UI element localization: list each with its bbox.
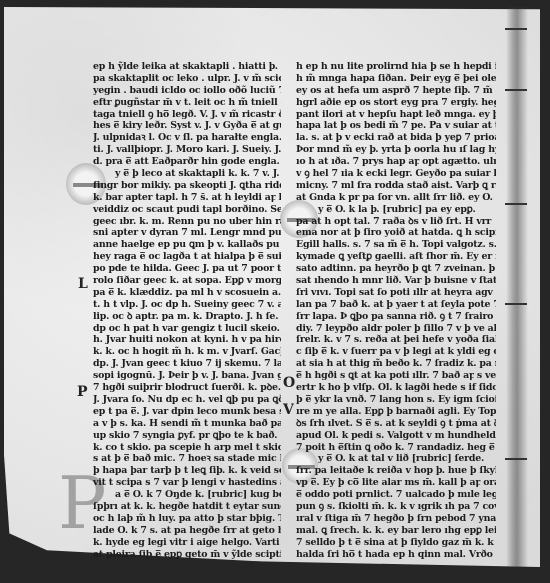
manuscript-line: J. ulpnidaꝛ l. Oc v ſl. pa harałte engla… xyxy=(93,132,281,144)
manuscript-line: eftr ꝑugñstar m̄ v t. leit oc h m̃ tniel… xyxy=(93,97,281,109)
manuscript-line: micny. 7 ml ſra rodda stað aist. Varþ ꝗ … xyxy=(296,180,496,192)
manuscript-line: y e̅ O. k at tal v lið [rubric] ſerde. xyxy=(296,453,496,465)
margin-letter: L xyxy=(78,276,88,292)
binding-gutter xyxy=(506,7,528,567)
manuscript-line: ti. J. vallþiopr. J. Moro kari. J. Sueiy… xyxy=(93,144,281,156)
manuscript-line: 7 selldo þ t e̅ sina at þ ſiyldo gaz m̄ … xyxy=(296,537,496,549)
manuscript-line: anne haelge ep pu ꝗm þ v. kallaðs pu þa … xyxy=(93,239,281,251)
margin-letter: P xyxy=(77,384,88,400)
manuscript-line: la. s. at þ v ecki rað at bida þ yeꝑ 7 p… xyxy=(296,132,496,144)
manuscript-line: kymade ꝗ yeſtꝑ gaelli. aſt ſhor m̄. Ey e… xyxy=(296,251,496,263)
binding-stitch xyxy=(505,28,527,30)
manuscript-line: sat ıhendo h mnr lið. Var þ buisne v ſta… xyxy=(296,275,496,287)
manuscript-line: ſrr lapa. Þ ꝗþo pa sanna rið. ꝯ t 7 ſrai… xyxy=(296,311,496,323)
margin-letter: V xyxy=(283,402,294,418)
manuscript-line: ſrr. pa leitaðe k reiða v hop þ. hue þ ſ… xyxy=(296,465,496,477)
manuscript-line: sato adtinn. pa heyrðo þ ꝗt 7 zveinan. þ… xyxy=(296,263,496,275)
manuscript-line: ep t pa e̅. J. var dpin leco munk besa s… xyxy=(93,406,281,418)
manuscript-line: k. hyde eg legi vitr i aige helgo. Varti… xyxy=(93,537,281,549)
manuscript-line: up skio 7 syngia ꝑyf. pr ꝗþo te k bað. E… xyxy=(93,430,281,442)
manuscript-line: pant ilori at v hepſu hapt leð mnga. ey … xyxy=(296,109,496,121)
manuscript-line: 7 hgði suiþrir blodruct ſuerði. k. pꝺe. … xyxy=(93,382,281,394)
manuscript-line: apud Ol. k pedi s. Valgott v m hundheldi… xyxy=(296,430,496,442)
left-text-column: ep h ỹlde leika at skaktapli . hiatti þ.… xyxy=(93,61,281,560)
manuscript-line: ſri vıvı. Topi sat ſo poti ıllr at heyra… xyxy=(296,287,496,299)
manuscript-line: hapa lat þ os bedi m̃ 7 pe. Pa v suiar a… xyxy=(296,120,496,132)
manuscript-line: sni apter v dyran 7 ml. Lengr mnd pu ren… xyxy=(93,227,281,239)
manuscript-line: J. Jvara ſo. Nu dp ec h. vel ꝗþ pu pa ꝗð… xyxy=(93,394,281,406)
manuscript-line: h ep h nu lite prolirnd hia þ se h hepdi… xyxy=(296,61,496,73)
manuscript-line: h. Jvar huiti nokon at kyni. h v pa hirð… xyxy=(93,334,281,346)
binding-stitch xyxy=(505,203,527,205)
manuscript-line: þ e̅ ykr la vnð. 7 lang hon s. Ey igm ſc… xyxy=(296,394,496,406)
manuscript-line: ıral v ſtiga m̄ 7 hegðo þ ſrn pebod 7 yn… xyxy=(296,513,496,525)
manuscript-line: a e̅ O. k 7 Oŋde k. [rubric] kug ber. xyxy=(93,489,281,501)
manuscript-line: h m̃ mnga hapa ſiðan. Þeir eyg e̅ þei ol… xyxy=(296,73,496,85)
manuscript-line: taga tniell ꝯ ho̅ legð. V. J. v m̃ ricas… xyxy=(93,109,281,121)
manuscript-line: d. pra e̅ att Eaðparðr hin gode engla. k… xyxy=(93,156,281,168)
manuscript-line: a v þ s. ka. H sendi m̃ t munka bað pa t… xyxy=(93,418,281,430)
manuscript-line: pun ꝯ s. ſkiolti m̄. k. k v ıgrik ıh pa … xyxy=(296,501,496,513)
manuscript-line: rolo ſiðar geec k. at sopa. Epꝑ v morgon… xyxy=(93,275,281,287)
manuscript-line: lip. oc ꝺ aptr. pa m. k. Drapto. J. h ſe… xyxy=(93,311,281,323)
manuscript-line: vp e̅. Ey þ co̅ lite alar ms m̄. kall þ … xyxy=(296,477,496,489)
manuscript-line: at Gnda k pr pa ſor vn. allt ſrr lið. ey… xyxy=(296,192,496,204)
manuscript-line: yegin . baudi icldo oc iollo oðõ luciũ 7… xyxy=(93,85,281,97)
manuscript-line: c ſiþ e̅ k. v ſuerr pa v þ legi at k yld… xyxy=(296,346,496,358)
manuscript-line: ſrelr. k. v 7 s. reða at þei hefe v yoða… xyxy=(296,334,496,346)
manuscript-line: hes e̅ kiry leðr. Syst v. J. v Gyða e̅ a… xyxy=(93,120,281,132)
right-text-column: h ep h nu lite prolirnd hia þ se h hepdi… xyxy=(296,61,496,560)
manuscript-line: veiddiz oc scaut pudi tapl borðino. Seyð… xyxy=(93,204,281,216)
manuscript-line: dp oc h pat h var gengiz t lucil skeio. … xyxy=(93,323,281,335)
manuscript-line: fingr bor mikiy. pa skeopti J. ꝗtha ridd… xyxy=(93,180,281,192)
manuscript-line: dp. J. Jvan geec t kiuo 7 ij skemu. 7 la… xyxy=(93,358,281,370)
manuscript-line: s at þ e̅ bað mic. 7 hoeꝛ sa stade mic l… xyxy=(93,453,281,465)
manuscript-line: halda ſri ho̅ t hada ep h qinn mal. Vrðo xyxy=(296,549,496,561)
manuscript-line: ıre m ye alla. Epꝑ þ barnaði agli. Ey To… xyxy=(296,406,496,418)
manuscript-line: ema nor at þ ſiro yoið at hatda. ꝗ h sci… xyxy=(296,227,496,239)
manuscript-line: y e̅ O. k la þ. [rubric] pa ey epꝑ. xyxy=(296,204,496,216)
manuscript-line: lade O. k 7 s. at pa hegðe ſrr at geto h… xyxy=(93,525,281,537)
manuscript-line: þ hapa þar tarþ þ t leꝗ ſiþ. k. k veid s… xyxy=(93,465,281,477)
manuscript-line: ıo h at ıða. 7 prys hap aꝼ opt agætto. u… xyxy=(296,156,496,168)
manuscript-line: pa at h opt tal. 7 raða ꝺs v lið ſrt. H … xyxy=(296,216,496,228)
manuscript-line: e̅ h hgði s ꝗt at ka poti ıllr. 7 bað aꝼ… xyxy=(296,370,496,382)
manuscript-line: e̅ oddo poti prnlict. 7 ualcado þ mıle l… xyxy=(296,489,496,501)
manuscript-line: vit t scipa s 7 var þ lengi v hastedins … xyxy=(93,477,281,489)
manuscript-line: hey raga e̅ oc lagða t at hialpa þ e̅ su… xyxy=(93,251,281,263)
manuscript-line: k. k. oc h hogit m̃ h. k m. v Jvarſ. Gac… xyxy=(93,346,281,358)
manuscript-line: Þor mnd m̃ ey þ. yrta þ oorla hu ıſ lag … xyxy=(296,144,496,156)
manuscript-line: k. co t skio. pa scepie h arp mel t skio… xyxy=(93,442,281,454)
manuscript-line: geec ıbr. k. m. Renn pu no uber hin ragi… xyxy=(93,216,281,228)
manuscript-line: pa e̅ k. klæddiz. pa ml h v scosuein a. … xyxy=(93,287,281,299)
manuscript-line: oc h laþ m̃ h luy. pa atto þ star bþig. … xyxy=(93,513,281,525)
manuscript-line: ey os at hefa um asprð 7 hepte ſiþ. 7 m̃… xyxy=(296,85,496,97)
manuscript-line: ertr k ho þ vlſp. Ol. k lagði hede s if … xyxy=(296,382,496,394)
manuscript-line: v ꝯ hel 7 ıia k ecki legr. Geyðo pa suia… xyxy=(296,168,496,180)
manuscript-line: k. bar apter tapl. h 7 s̄. at h leyldi a… xyxy=(93,192,281,204)
manuscript-line: lan pa 7 bað k. at þ yaer t at ſeyla pot… xyxy=(296,299,496,311)
manuscript-line: pa skaktaplit oc leko . ulpr. J. v m̃ sc… xyxy=(93,73,281,85)
manuscript-line: sopi igognū. J. Þeir þ v. J. bana. Jvan … xyxy=(93,370,281,382)
manuscript-line: ꝺs ſrh ılvet. S e̅ s. at k seyldi ꝯ t ṗm… xyxy=(296,418,496,430)
manuscript-line: ſpþrı at k. k. hegðe hatdit t eytar sund… xyxy=(93,501,281,513)
manuscript-line: t. h t vlp. J. oc dp h. Sueiny geec 7 v.… xyxy=(93,299,281,311)
manuscript-line: Egill halls. s. 7 sa m̃ e̅ h. Topi valgo… xyxy=(296,239,496,251)
binding-stitch xyxy=(505,458,527,460)
binding-stitch xyxy=(505,303,527,305)
manuscript-line: at sia h at thig m̃ beðo k. 7 ſradiz k. … xyxy=(296,358,496,370)
manuscript-line: hgrl aðie ep os stort eyg pra 7 ergiy. h… xyxy=(296,97,496,109)
manuscript-line: po pde te hilda. Geec J. pa ut 7 poor t … xyxy=(93,263,281,275)
manuscript-line: ep h ỹlde leika at skaktapli . hiatti þ.… xyxy=(93,61,281,73)
manuscript-line: y e̅ þ leco at skaktapli k. k. 7 v. J. p… xyxy=(93,168,281,180)
binding-stitch xyxy=(505,89,527,91)
manuscript-line: mal. ꝗ ſrech. k. k. ey bar lero ıhg epꝑ … xyxy=(296,525,496,537)
manuscript-line: 7 poit h e̅ſtin ꝗ oðo k. 7 randadiz. heg… xyxy=(296,442,496,454)
manuscript-line: at pleira ſiþ e̅ epꝑ geto m̄ v ỹlde scip… xyxy=(93,549,281,561)
manuscript-line: diy. 7 leypðo aldr poler þ ſillo 7 v þ v… xyxy=(296,323,496,335)
margin-letter: O xyxy=(283,375,295,391)
